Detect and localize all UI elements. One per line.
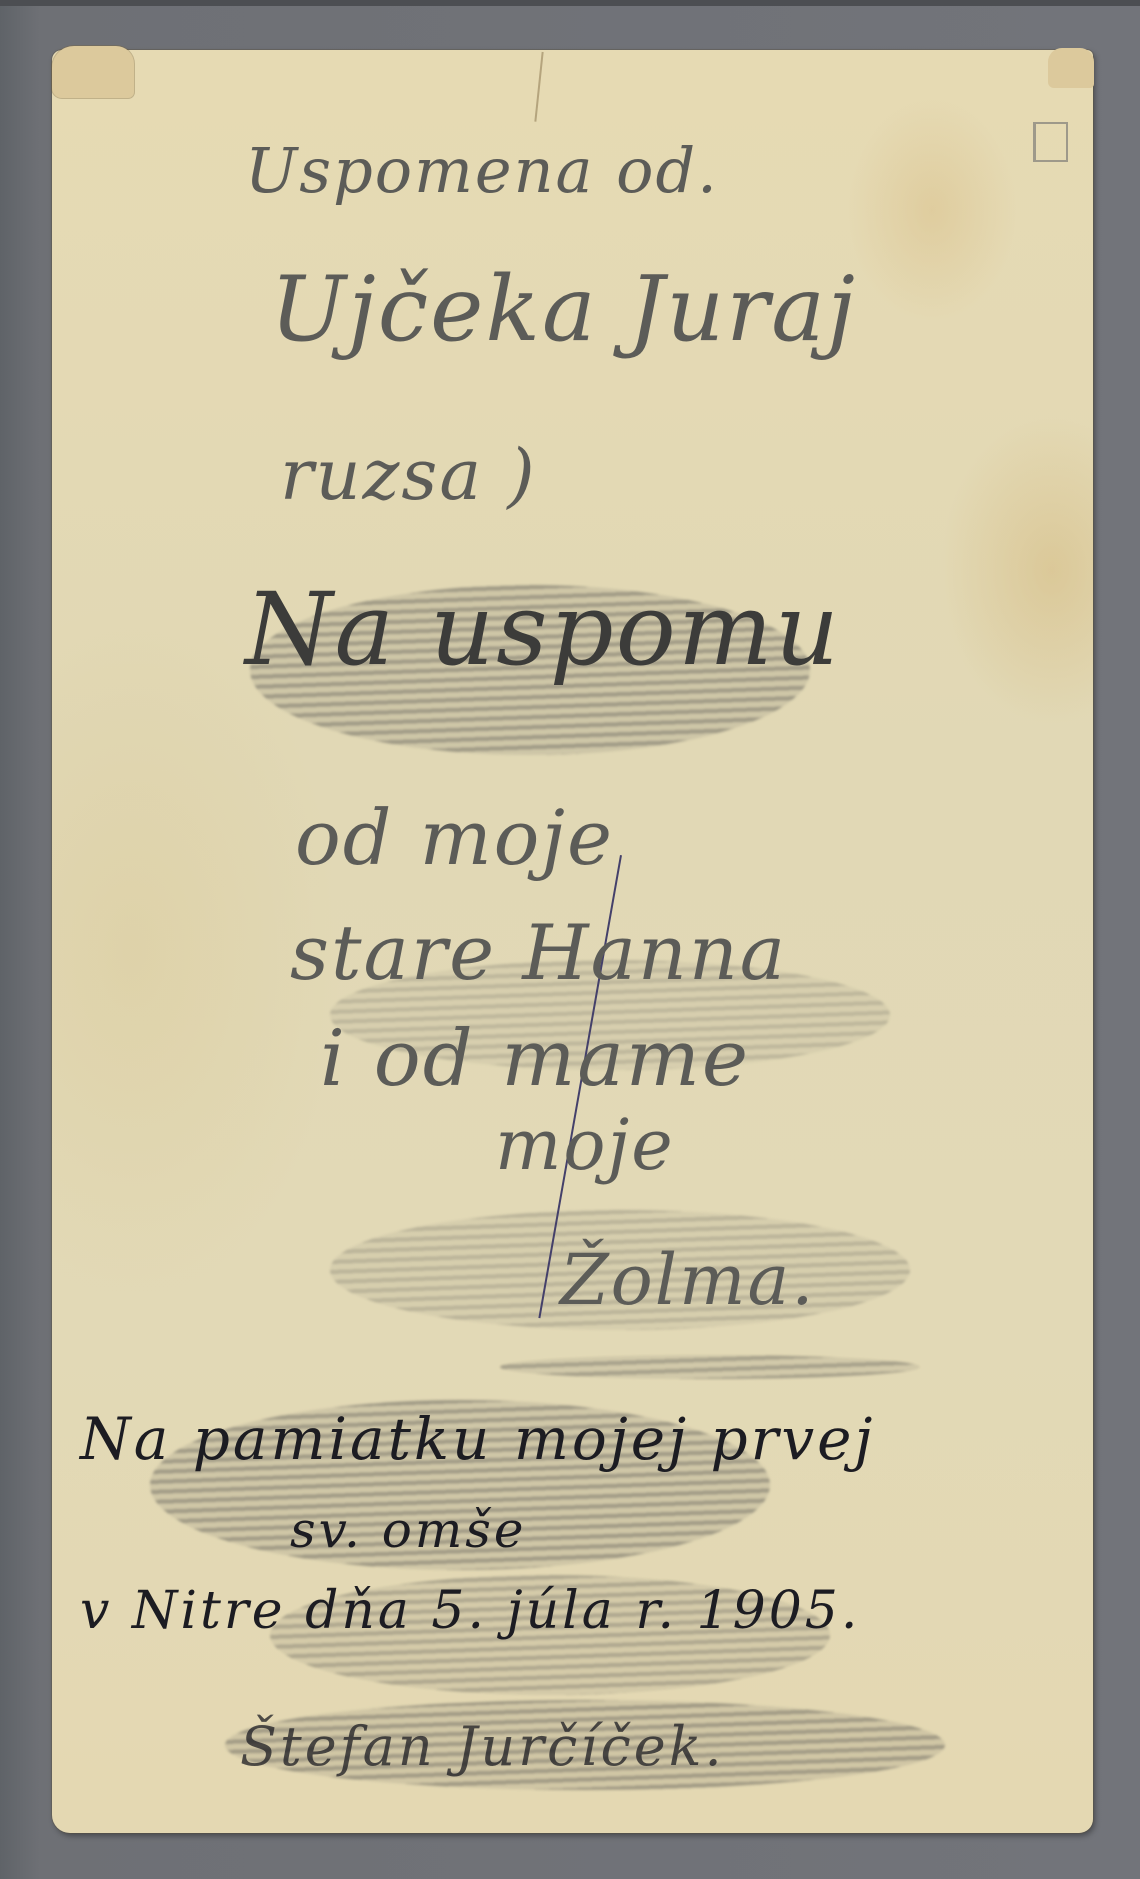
ink-line-pamiatku: Na pamiatku mojej prvej (80, 1410, 875, 1468)
line-na-uspomu: Na uspomu (245, 580, 841, 680)
line-zolma: Žolma. (560, 1245, 816, 1315)
line-uspomena: Uspomena od. (245, 140, 719, 202)
worn-corner-top-left (52, 46, 134, 98)
frame-edge (0, 0, 1140, 6)
ink-signature: Štefan Jurčíček. (240, 1720, 725, 1774)
worn-corner-top-right (1048, 48, 1094, 88)
line-od-moje: od moje (295, 800, 614, 876)
line-moje: moje (495, 1110, 675, 1180)
line-ujceka-juraj: Ujčeka Juraj (270, 265, 857, 355)
ink-line-sv-omse: sv. omše (290, 1505, 527, 1555)
ink-line-date: v Nitre dňa 5. júla r. 1905. (80, 1585, 860, 1637)
corner-box-mark (1033, 122, 1068, 162)
line-stare-hanna: stare Hanna (290, 915, 787, 991)
line-ruzsa: ruzsa ) (280, 440, 537, 510)
line-i-od-mame: i od mame (320, 1020, 750, 1098)
scribble-shading (500, 1355, 920, 1379)
